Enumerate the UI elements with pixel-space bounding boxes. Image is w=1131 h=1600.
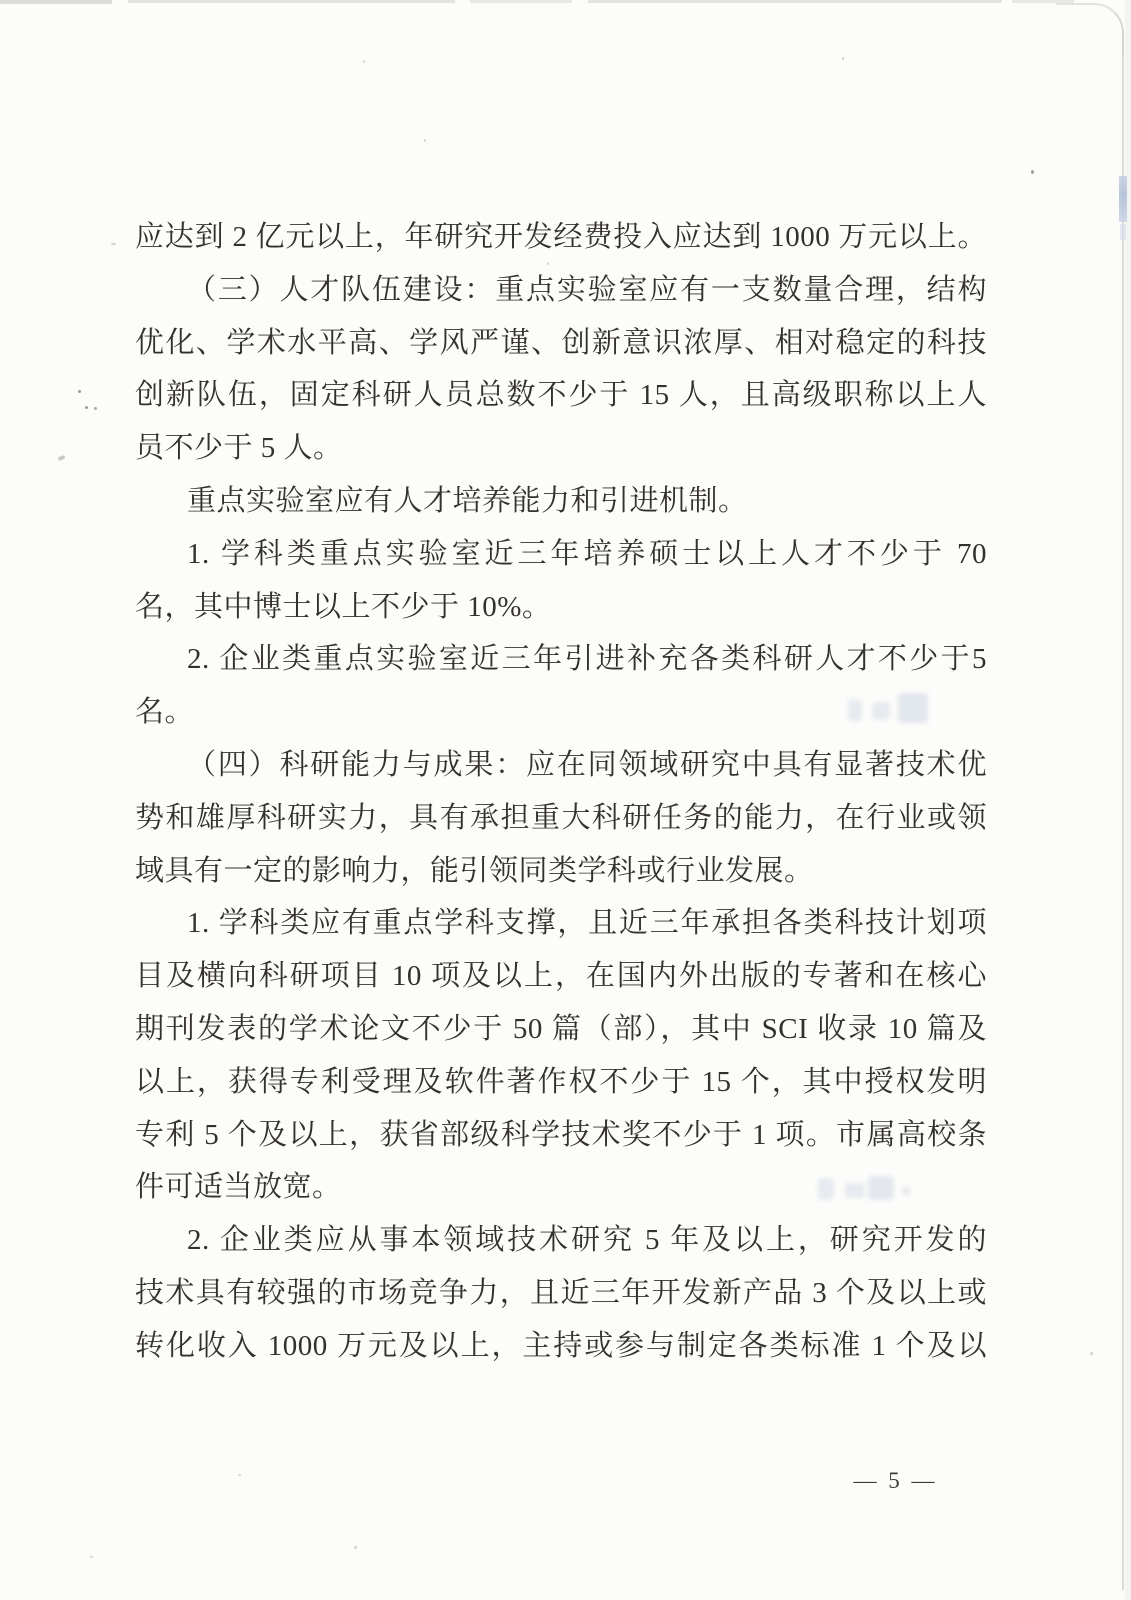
- text-line: （四）科研能力与成果：应在同领域研究中具有显著技术优: [135, 742, 987, 788]
- text-line: 2. 企业类重点实验室近三年引进补充各类科研人才不少于5: [135, 636, 987, 682]
- text-line: 转化收入 1000 万元及以上，主持或参与制定各类标准 1 个及以: [135, 1323, 987, 1369]
- text-line: 1. 学科类重点实验室近三年培养硕士以上人才不少于 70: [135, 531, 987, 577]
- document-body: 应达到 2 亿元以上，年研究开发经费投入应达到 1000 万元以上。（三）人才队…: [0, 0, 1131, 1600]
- text-line: 员不少于 5 人。: [135, 425, 987, 471]
- text-line: 应达到 2 亿元以上，年研究开发经费投入应达到 1000 万元以上。: [135, 214, 987, 260]
- text-line: 优化、学术水平高、学风严谨、创新意识浓厚、相对稳定的科技: [135, 320, 987, 366]
- text-line: 以上，获得专利受理及软件著作权不少于 15 个，其中授权发明: [135, 1059, 987, 1105]
- text-line: 件可适当放宽。: [135, 1164, 987, 1210]
- text-line: 势和雄厚科研实力，具有承担重大科研任务的能力，在行业或领: [135, 795, 987, 841]
- scanned-page: 应达到 2 亿元以上，年研究开发经费投入应达到 1000 万元以上。（三）人才队…: [0, 0, 1131, 1600]
- text-line: 域具有一定的影响力，能引领同类学科或行业发展。: [135, 848, 987, 894]
- text-line: 名，其中博士以上不少于 10%。: [135, 584, 987, 630]
- text-line: 专利 5 个及以上，获省部级科学技术奖不少于 1 项。市属高校条: [135, 1112, 987, 1158]
- text-line: 重点实验室应有人才培养能力和引进机制。: [135, 478, 987, 524]
- text-line: 目及横向科研项目 10 项及以上，在国内外出版的专著和在核心: [135, 953, 987, 999]
- text-line: 名。: [135, 689, 987, 735]
- text-line: （三）人才队伍建设：重点实验室应有一支数量合理，结构: [135, 267, 987, 313]
- page-number: — 5 —: [813, 1468, 978, 1494]
- text-line: 创新队伍，固定科研人员总数不少于 15 人，且高级职称以上人: [135, 372, 987, 418]
- text-line: 期刊发表的学术论文不少于 50 篇（部），其中 SCI 收录 10 篇及: [135, 1006, 987, 1052]
- text-line: 2. 企业类应从事本领域技术研究 5 年及以上，研究开发的: [135, 1217, 987, 1263]
- text-line: 技术具有较强的市场竞争力，且近三年开发新产品 3 个及以上或: [135, 1270, 987, 1316]
- text-line: 1. 学科类应有重点学科支撑，且近三年承担各类科技计划项: [135, 900, 987, 946]
